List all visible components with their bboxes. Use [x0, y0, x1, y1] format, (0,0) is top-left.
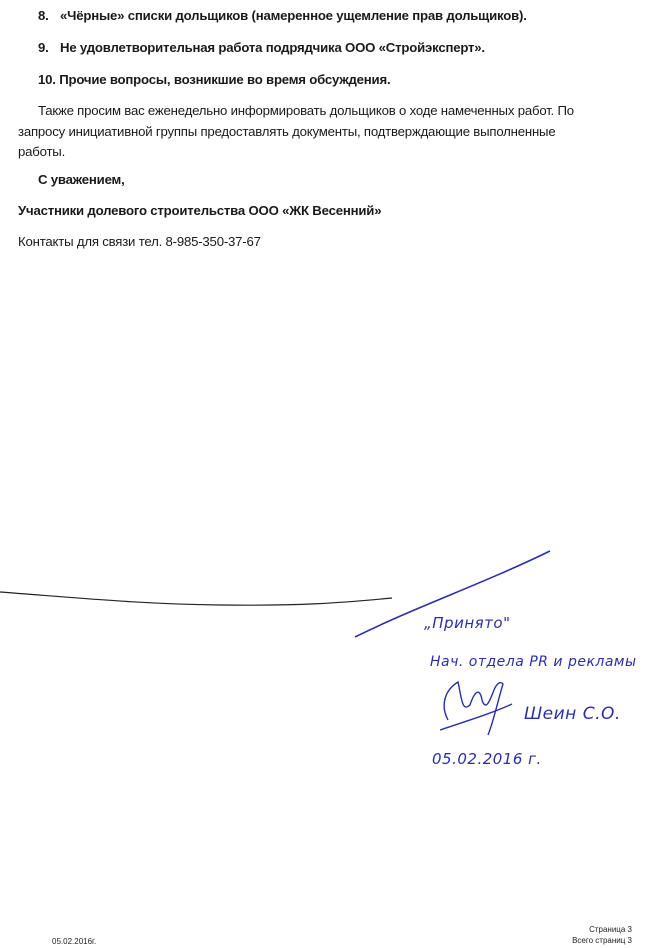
footer-date: 05.02.2016г.	[52, 937, 96, 946]
black-line-stroke	[0, 592, 392, 605]
handwritten-name: Шеин С.О.	[524, 704, 621, 724]
pen-strokes	[0, 0, 650, 948]
signature-stroke	[440, 682, 512, 735]
footer-total-pages: Всего страниц 3	[572, 936, 632, 945]
footer-page: Страница 3	[589, 925, 632, 934]
handwritten-accepted: „Принято"	[424, 614, 510, 632]
handwritten-position: Нач. отдела PR и рекламы	[430, 654, 637, 670]
handwritten-date: 05.02.2016 г.	[432, 750, 542, 768]
